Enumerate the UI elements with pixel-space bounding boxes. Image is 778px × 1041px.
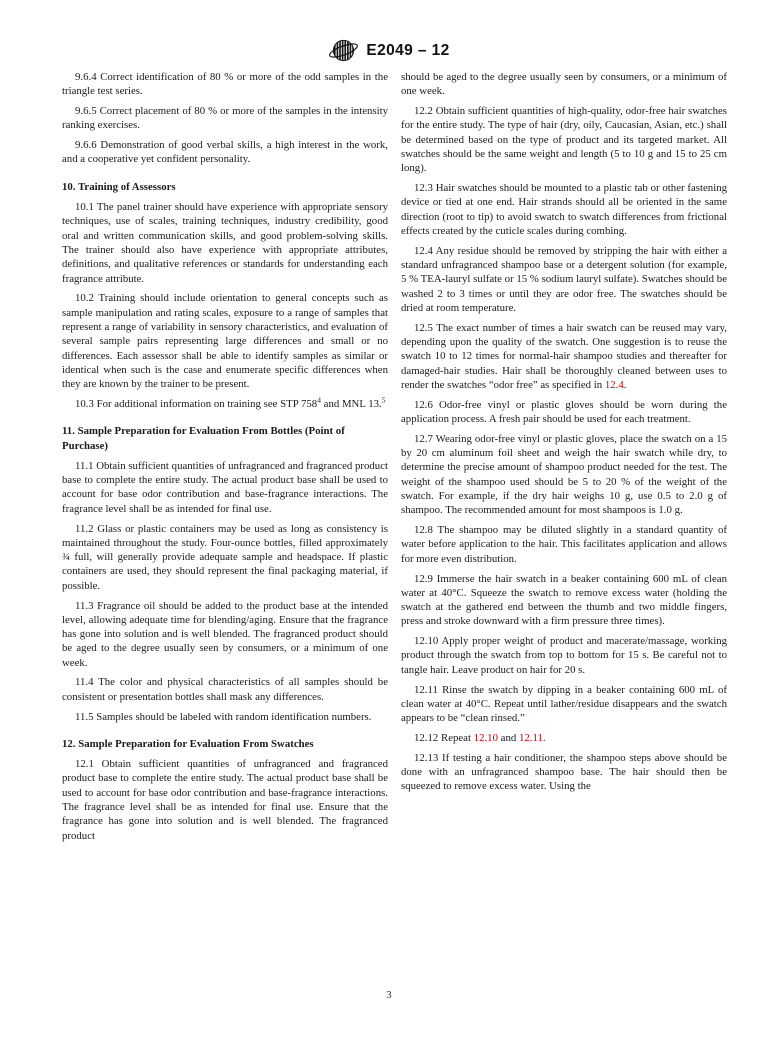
paragraph: 11.4 The color and physical characterist… — [62, 675, 388, 704]
paragraph: 12.7 Wearing odor-free vinyl or plastic … — [401, 432, 727, 518]
cross-reference-link[interactable]: 12.4 — [605, 379, 624, 391]
paragraph: 12.3 Hair swatches should be mounted to … — [401, 181, 727, 238]
text-run: 12.1 Obtain sufficient quantities of unf… — [62, 758, 388, 841]
text-run: 12.2 Obtain sufficient quantities of hig… — [401, 105, 727, 174]
text-run: 9.6.6 Demonstration of good verbal skill… — [62, 139, 388, 165]
paragraph: 12.12 Repeat 12.10 and 12.11. — [401, 731, 727, 745]
text-run: 12.10 Apply proper weight of product and… — [401, 635, 727, 676]
footnote-reference: 5 — [382, 395, 386, 404]
text-columns: 9.6.4 Correct identification of 80 % or … — [62, 70, 727, 848]
paragraph: 11.3 Fragrance oil should be added to th… — [62, 599, 388, 670]
text-run: . — [543, 732, 546, 744]
text-run: 12.12 Repeat — [414, 732, 474, 744]
document-designation: E2049 – 12 — [366, 42, 449, 60]
paragraph: 11.1 Obtain sufficient quantities of unf… — [62, 459, 388, 516]
paragraph: 12.2 Obtain sufficient quantities of hig… — [401, 104, 727, 175]
text-run: 10.1 The panel trainer should have exper… — [62, 201, 388, 284]
text-run: 12.5 The exact number of times a hair sw… — [401, 322, 727, 391]
paragraph: 12.9 Immerse the hair swatch in a beaker… — [401, 572, 727, 629]
paragraph: 9.6.6 Demonstration of good verbal skill… — [62, 138, 388, 167]
text-run: 12.4 Any residue should be removed by st… — [401, 245, 727, 314]
paragraph: 9.6.4 Correct identification of 80 % or … — [62, 70, 388, 99]
paragraph: 10.1 The panel trainer should have exper… — [62, 200, 388, 286]
section-heading: 12. Sample Preparation for Evaluation Fr… — [62, 737, 388, 751]
text-run: 9.6.5 Correct placement of 80 % or more … — [62, 105, 388, 131]
astm-logo-icon — [328, 37, 359, 64]
text-run: 11.1 Obtain sufficient quantities of unf… — [62, 460, 388, 515]
paragraph: 12.4 Any residue should be removed by st… — [401, 244, 727, 315]
text-run: 12.6 Odor-free vinyl or plastic gloves s… — [401, 399, 727, 425]
text-run: 10.2 Training should include orientation… — [62, 292, 388, 390]
text-run: 12.9 Immerse the hair swatch in a beaker… — [401, 573, 727, 628]
text-run: 10.3 For additional information on train… — [75, 398, 317, 410]
text-run: 10. Training of Assessors — [62, 181, 176, 193]
page-footer: 3 — [0, 990, 778, 1001]
text-run: . — [624, 379, 627, 391]
paragraph: 11.5 Samples should be labeled with rand… — [62, 710, 388, 724]
paragraph: 9.6.5 Correct placement of 80 % or more … — [62, 104, 388, 133]
paragraph: 11.2 Glass or plastic containers may be … — [62, 522, 388, 593]
text-run: 12.13 If testing a hair conditioner, the… — [401, 752, 727, 793]
cross-reference-link[interactable]: 12.11 — [519, 732, 543, 744]
text-run: 11. Sample Preparation for Evaluation Fr… — [62, 425, 345, 451]
text-run: 9.6.4 Correct identification of 80 % or … — [62, 71, 388, 97]
page-header: E2049 – 12 — [0, 37, 778, 64]
text-run: 11.3 Fragrance oil should be added to th… — [62, 600, 388, 669]
paragraph: 12.1 Obtain sufficient quantities of unf… — [62, 757, 388, 843]
text-run: 12. Sample Preparation for Evaluation Fr… — [62, 738, 314, 750]
section-heading: 11. Sample Preparation for Evaluation Fr… — [62, 424, 388, 453]
text-run: 11.4 The color and physical characterist… — [62, 676, 388, 702]
text-run: and — [498, 732, 519, 744]
text-run: 12.3 Hair swatches should be mounted to … — [401, 182, 727, 237]
cross-reference-link[interactable]: 12.10 — [474, 732, 498, 744]
paragraph: 10.3 For additional information on train… — [62, 397, 388, 411]
column-left: 9.6.4 Correct identification of 80 % or … — [62, 70, 388, 848]
text-run: 11.2 Glass or plastic containers may be … — [62, 523, 388, 592]
section-heading: 10. Training of Assessors — [62, 180, 388, 194]
column-right: should be aged to the degree usually see… — [401, 70, 727, 848]
paragraph: 12.13 If testing a hair conditioner, the… — [401, 751, 727, 794]
paragraph: should be aged to the degree usually see… — [401, 70, 727, 99]
paragraph: 12.8 The shampoo may be diluted slightly… — [401, 523, 727, 566]
paragraph: 10.2 Training should include orientation… — [62, 291, 388, 391]
text-run: should be aged to the degree usually see… — [401, 71, 727, 97]
text-run: 12.11 Rinse the swatch by dipping in a b… — [401, 684, 727, 725]
document-page: E2049 – 12 9.6.4 Correct identification … — [0, 0, 778, 1041]
paragraph: 12.11 Rinse the swatch by dipping in a b… — [401, 683, 727, 726]
paragraph: 12.10 Apply proper weight of product and… — [401, 634, 727, 677]
paragraph: 12.5 The exact number of times a hair sw… — [401, 321, 727, 392]
text-run: 12.8 The shampoo may be diluted slightly… — [401, 524, 727, 565]
text-run: 11.5 Samples should be labeled with rand… — [75, 711, 371, 723]
page-number: 3 — [386, 990, 391, 1001]
paragraph: 12.6 Odor-free vinyl or plastic gloves s… — [401, 398, 727, 427]
text-run: and MNL 13. — [321, 398, 382, 410]
text-run: 12.7 Wearing odor-free vinyl or plastic … — [401, 433, 727, 516]
